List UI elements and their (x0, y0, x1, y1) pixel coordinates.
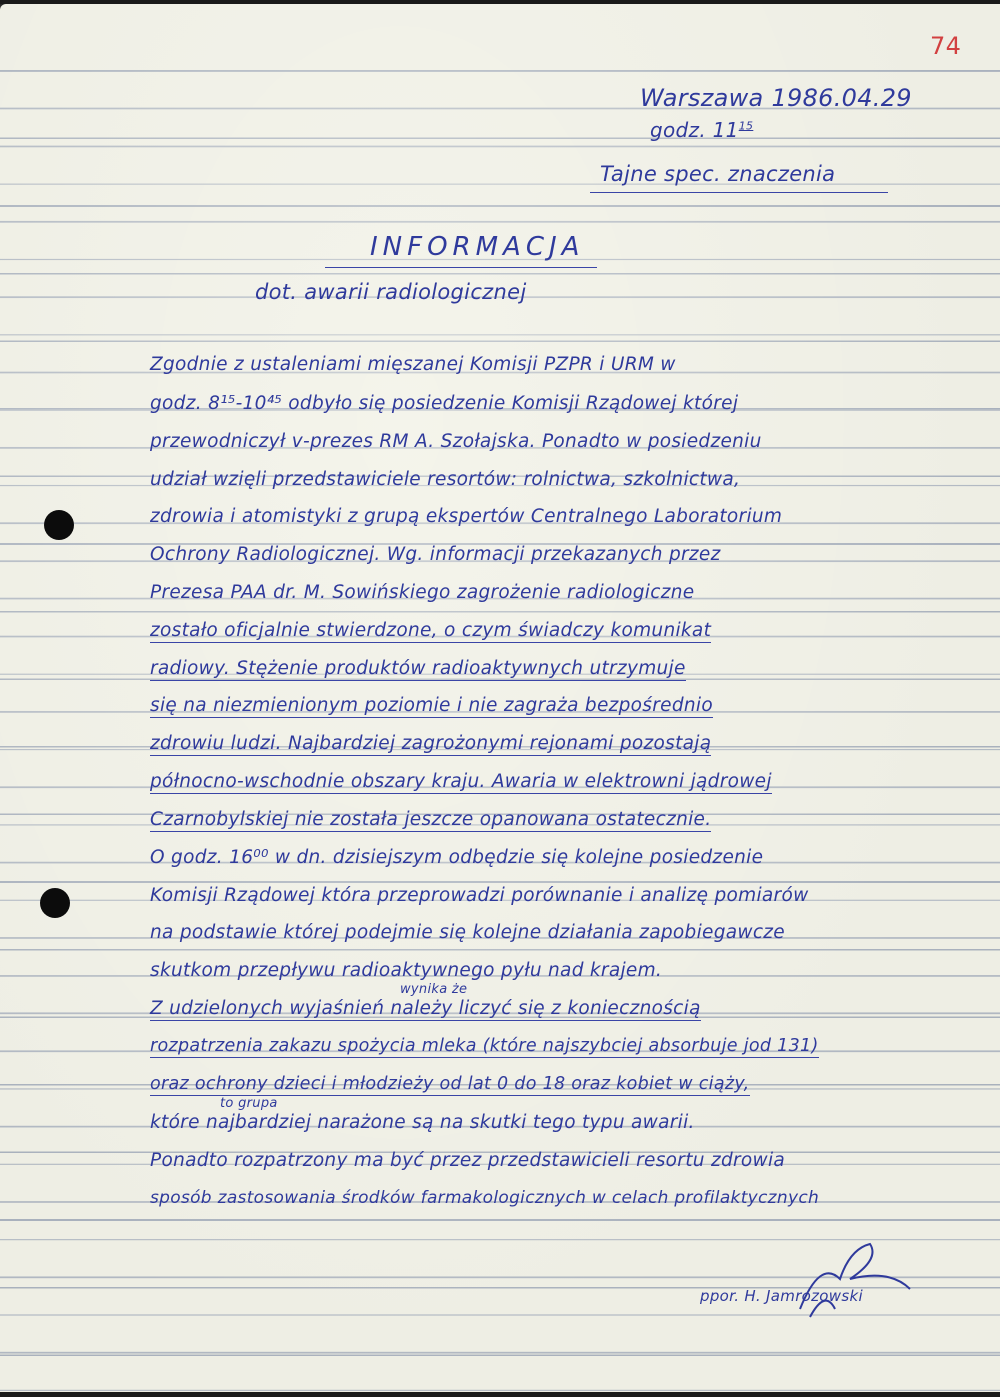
body-line-underlined: rozpatrzenia zakazu spożycia mleka (któr… (150, 1036, 819, 1058)
title-underline (325, 267, 597, 268)
body-line: Ponadto rozpatrzony ma być przez przedst… (150, 1150, 785, 1171)
classification-underline (590, 192, 888, 193)
lined-paper-sheet: 74 Warszawa 1986.04.29 godz. 1115 Tajne … (0, 4, 1000, 1392)
body-line: na podstawie której podejmie się kolejne… (150, 922, 785, 943)
body-line: Zgodnie z ustaleniami mięszanej Komisji … (150, 354, 676, 375)
body-line: udział wzięli przedstawiciele resortów: … (150, 469, 740, 490)
body-line-underlined: oraz ochrony dzieci i młodzieży od lat 0… (150, 1074, 750, 1096)
body-line: skutkom przepływu radioaktywnego pyłu na… (150, 960, 662, 981)
body-line-underlined: zdrowiu ludzi. Najbardziej zagrożonymi r… (150, 733, 711, 756)
body-line-underlined: północno-wschodnie obszary kraju. Awaria… (150, 771, 772, 794)
body-line-underlined: Czarnobylskiej nie została jeszcze opano… (150, 809, 711, 832)
body-line: O godz. 16⁰⁰ w dn. dzisiejszym odbędzie … (150, 847, 763, 868)
body-line-underlined: radiowy. Stężenie produktów radioaktywny… (150, 658, 686, 681)
time-label: godz. 11 (650, 118, 739, 142)
body-line-underlined: Z udzielonych wyjaśnień należy liczyć si… (150, 998, 701, 1021)
body-line: przewodniczył v-prezes RM A. Szołajska. … (150, 431, 762, 452)
time-minutes: 15 (739, 119, 754, 132)
document-subtitle: dot. awarii radiologicznej (255, 280, 526, 304)
page-number: 74 (930, 32, 961, 60)
body-line: sposób zastosowania środków farmakologic… (150, 1188, 819, 1208)
time-line: godz. 1115 (650, 118, 753, 142)
punch-hole-upper (44, 510, 74, 540)
punch-hole-lower (40, 888, 70, 918)
place-date: Warszawa 1986.04.29 (640, 84, 912, 112)
body-line: Ochrony Radiologicznej. Wg. informacji p… (150, 544, 721, 565)
body-line-underlined: Prezesa PAA dr. M. Sowińskiego zagrożeni… (150, 582, 694, 603)
body-line-underlined: się na niezmienionym poziomie i nie zagr… (150, 695, 713, 718)
body-line: które najbardziej narażone są na skutki … (150, 1112, 695, 1133)
handwritten-insertion: wynika że (400, 982, 467, 997)
signature-scribble-icon (780, 1239, 930, 1319)
handwritten-insertion: to grupa (220, 1096, 278, 1111)
body-line: Komisji Rządowej która przeprowadzi poró… (150, 885, 809, 906)
body-line: zdrowia i atomistyki z grupą ekspertów C… (150, 506, 782, 527)
document-title: INFORMACJA (370, 232, 584, 262)
body-line: godz. 8¹⁵-10⁴⁵ odbyło się posiedzenie Ko… (150, 393, 738, 414)
body-line-underlined: zostało oficjalnie stwierdzone, o czym ś… (150, 620, 711, 643)
classification-stamp: Tajne spec. znaczenia (600, 162, 835, 186)
